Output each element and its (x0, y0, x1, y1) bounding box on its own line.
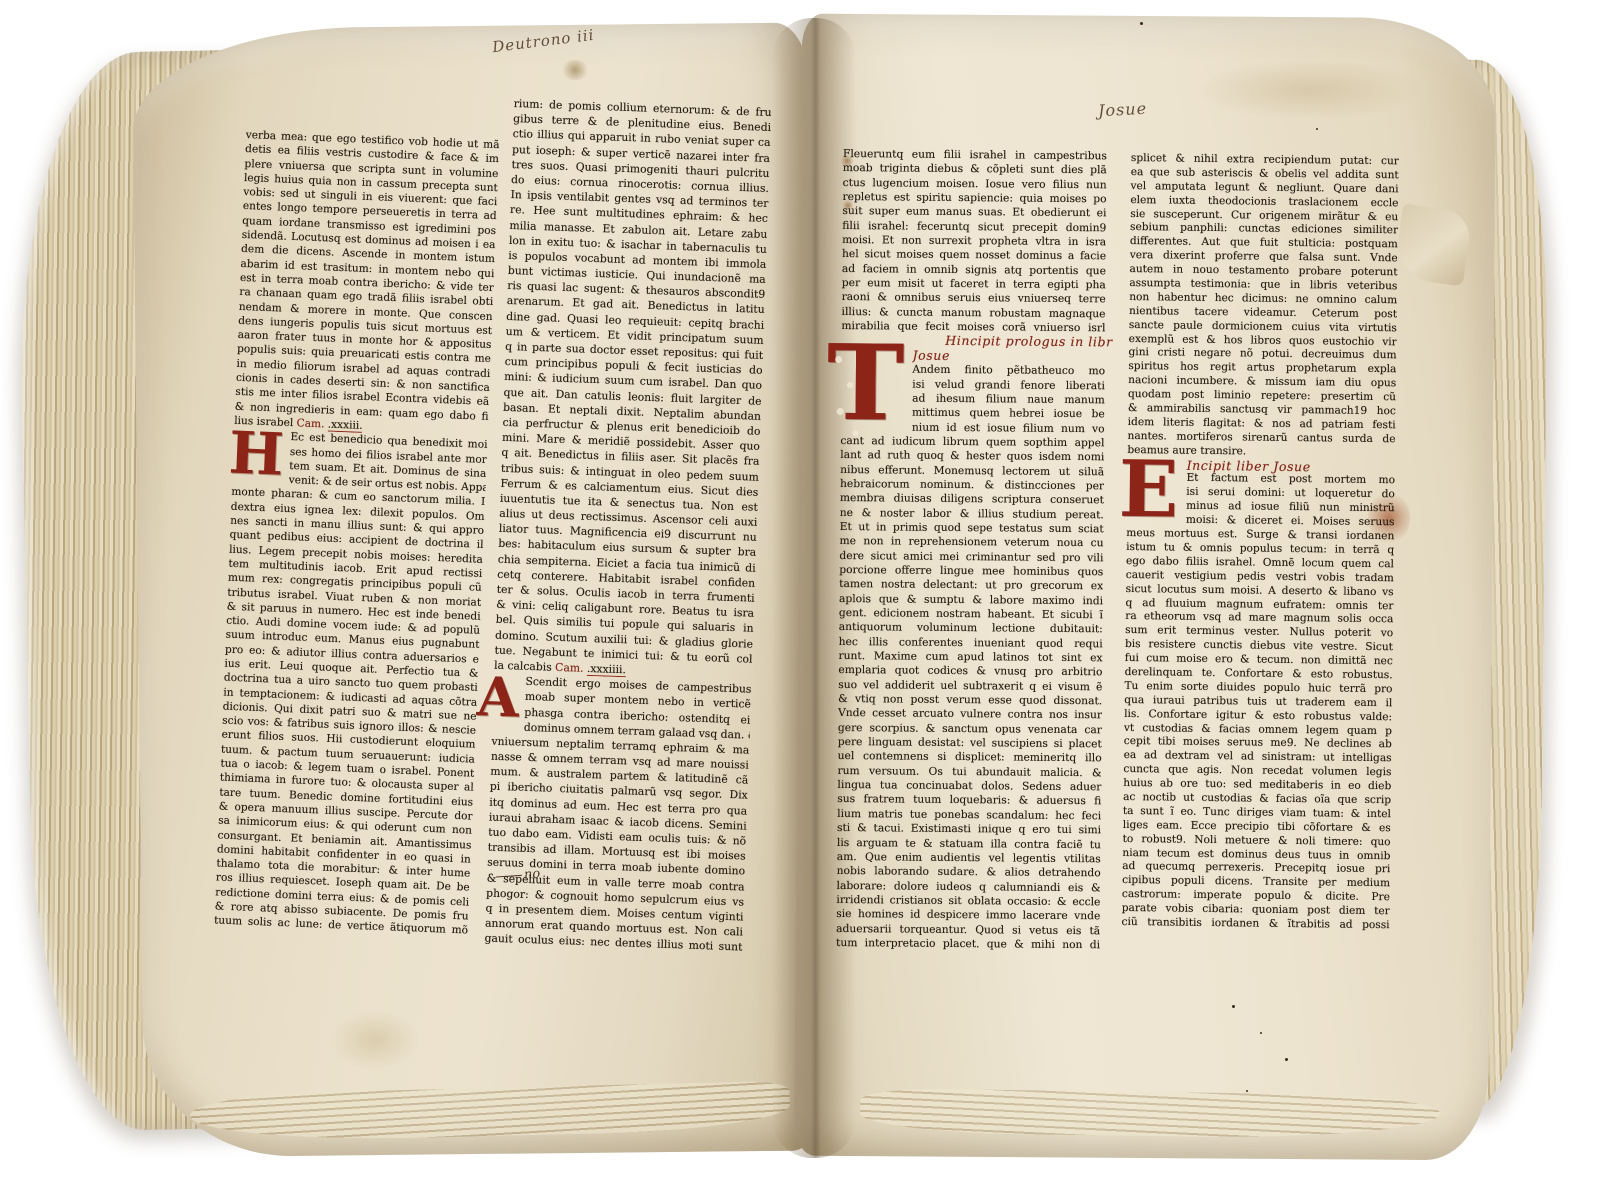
text-column-right-2: splicet & nihil extra recipiendum putat:… (1121, 152, 1398, 933)
text-column-left-2: rium: de pomis collium eternorum: & de f… (484, 96, 772, 955)
running-header-right: Josue (1098, 99, 1148, 121)
text-column-left-1: verba mea: que ego testifico vob hodie u… (214, 128, 500, 938)
text-line: nium id est iosue filium num vo (912, 420, 1105, 436)
text-line: moisi: & diceret ei. Moises seruus (1186, 514, 1395, 530)
text-line: tum interpretacio placet. que & mihi non… (836, 936, 1100, 953)
drop-cap-text: Incipit liber JosueEt factum est post mo… (1186, 458, 1395, 530)
drop-cap-paragraph: EIncipit liber JosueEt factum est post m… (1126, 458, 1395, 531)
drop-cap-initial-a: A (476, 674, 519, 720)
drop-cap-text: Ec est benedicio qua benedixit moises ho… (289, 430, 488, 481)
drop-cap-text: JosueAndem finito pẽtbatheuco moisi velu… (912, 348, 1105, 436)
open-book: Deutrono iii Josue no verba mea: que ego… (0, 0, 1600, 1200)
drop-cap-paragraph: HEc est benedicio qua benedixit moises h… (232, 428, 488, 481)
drop-cap-paragraph: TJosueAndem finito pẽtbatheuco moisi vel… (840, 348, 1105, 436)
drop-cap-initial-h: H (228, 430, 285, 480)
drop-cap-text: Scendit ergo moises de campestribusmoab … (524, 674, 752, 727)
drop-cap-initial-t: T (827, 342, 905, 424)
text-column-right-1: Fleueruntq eum filii israhel in campestr… (836, 147, 1107, 953)
photo-background: Deutrono iii Josue no verba mea: que ego… (0, 0, 1600, 1200)
drop-cap-initial-e: E (1118, 457, 1178, 522)
drop-cap-paragraph: AScendit ergo moises de campestribusmoab… (492, 673, 751, 728)
